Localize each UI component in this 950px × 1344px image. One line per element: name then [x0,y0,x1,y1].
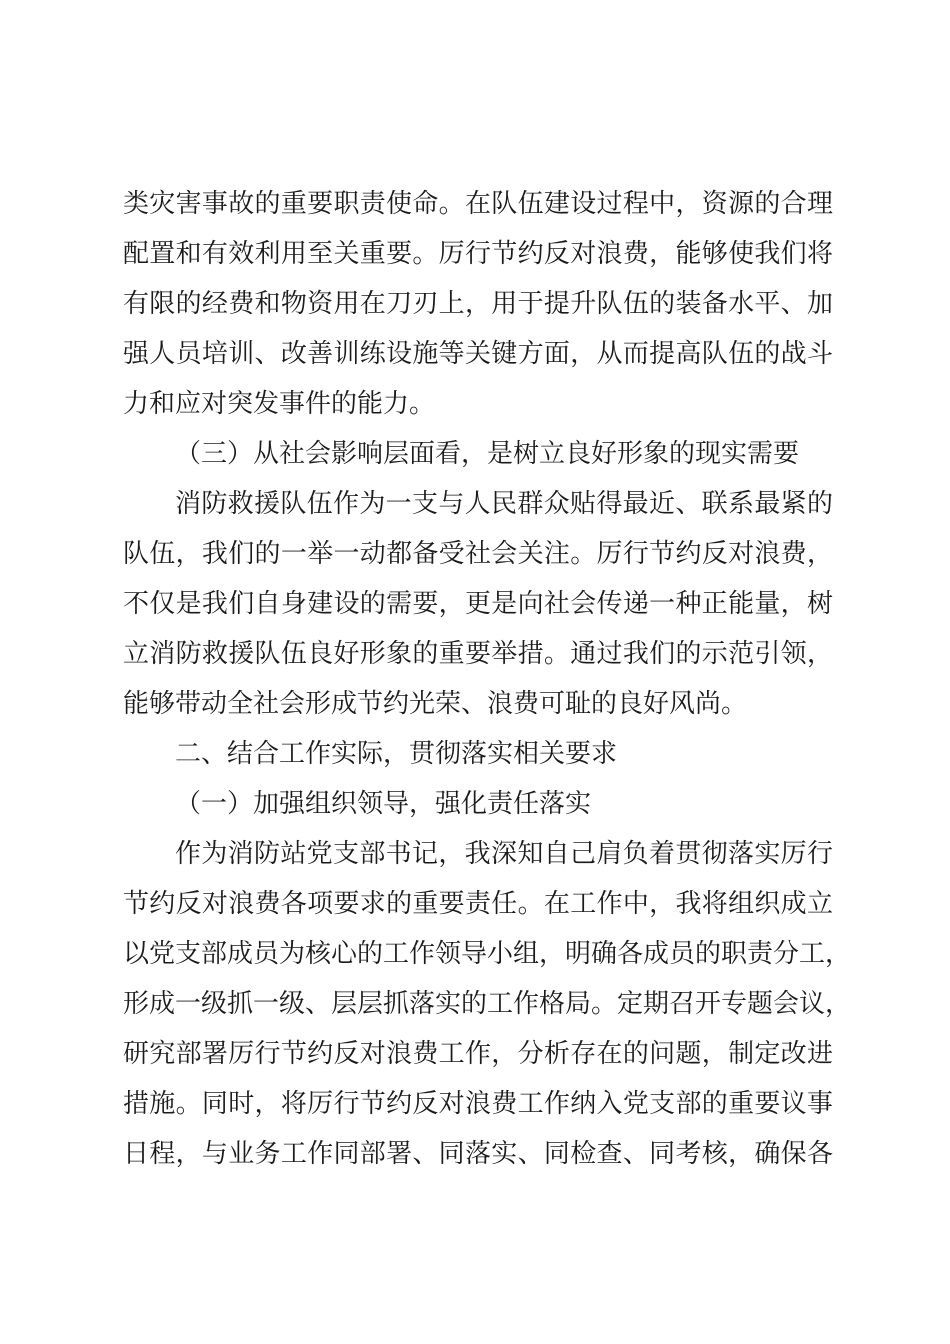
document-line: 强人员培训、改善训练设施等关键方面，从而提高队伍的战斗 [123,328,833,378]
document-line: 日程，与业务工作同部署、同落实、同检查、同考核，确保各 [123,1128,833,1178]
document-line: 有限的经费和物资用在刀刃上，用于提升队伍的装备水平、加 [123,278,833,328]
document-line: 研究部署厉行节约反对浪费工作，分析存在的问题，制定改进 [123,1028,833,1078]
document-line: 力和应对突发事件的能力。 [123,378,833,428]
document-line: 配置和有效利用至关重要。厉行节约反对浪费，能够使我们将 [123,228,833,278]
document-text-column: 类灾害事故的重要职责使命。在队伍建设过程中，资源的合理配置和有效利用至关重要。厉… [123,178,833,1178]
document-line: 不仅是我们自身建设的需要，更是向社会传递一种正能量，树 [123,578,833,628]
document-line: 形成一级抓一级、层层抓落实的工作格局。定期召开专题会议， [123,978,833,1028]
section-heading: 二、结合工作实际，贯彻落实相关要求 [123,728,833,778]
document-line: 措施。同时，将厉行节约反对浪费工作纳入党支部的重要议事 [123,1078,833,1128]
document-line: 队伍，我们的一举一动都备受社会关注。厉行节约反对浪费， [123,528,833,578]
document-page: 类灾害事故的重要职责使命。在队伍建设过程中，资源的合理配置和有效利用至关重要。厉… [0,0,950,1344]
section-heading: （一）加强组织领导，强化责任落实 [123,778,833,828]
document-line: 消防救援队伍作为一支与人民群众贴得最近、联系最紧的 [123,478,833,528]
document-line: 能够带动全社会形成节约光荣、浪费可耻的良好风尚。 [123,678,833,728]
document-line: 类灾害事故的重要职责使命。在队伍建设过程中，资源的合理 [123,178,833,228]
document-line: 作为消防站党支部书记，我深知自己肩负着贯彻落实厉行 [123,828,833,878]
document-line: 立消防救援队伍良好形象的重要举措。通过我们的示范引领， [123,628,833,678]
document-line: 节约反对浪费各项要求的重要责任。在工作中，我将组织成立 [123,878,833,928]
document-line: 以党支部成员为核心的工作领导小组，明确各成员的职责分工， [123,928,833,978]
section-heading: （三）从社会影响层面看，是树立良好形象的现实需要 [123,428,833,478]
